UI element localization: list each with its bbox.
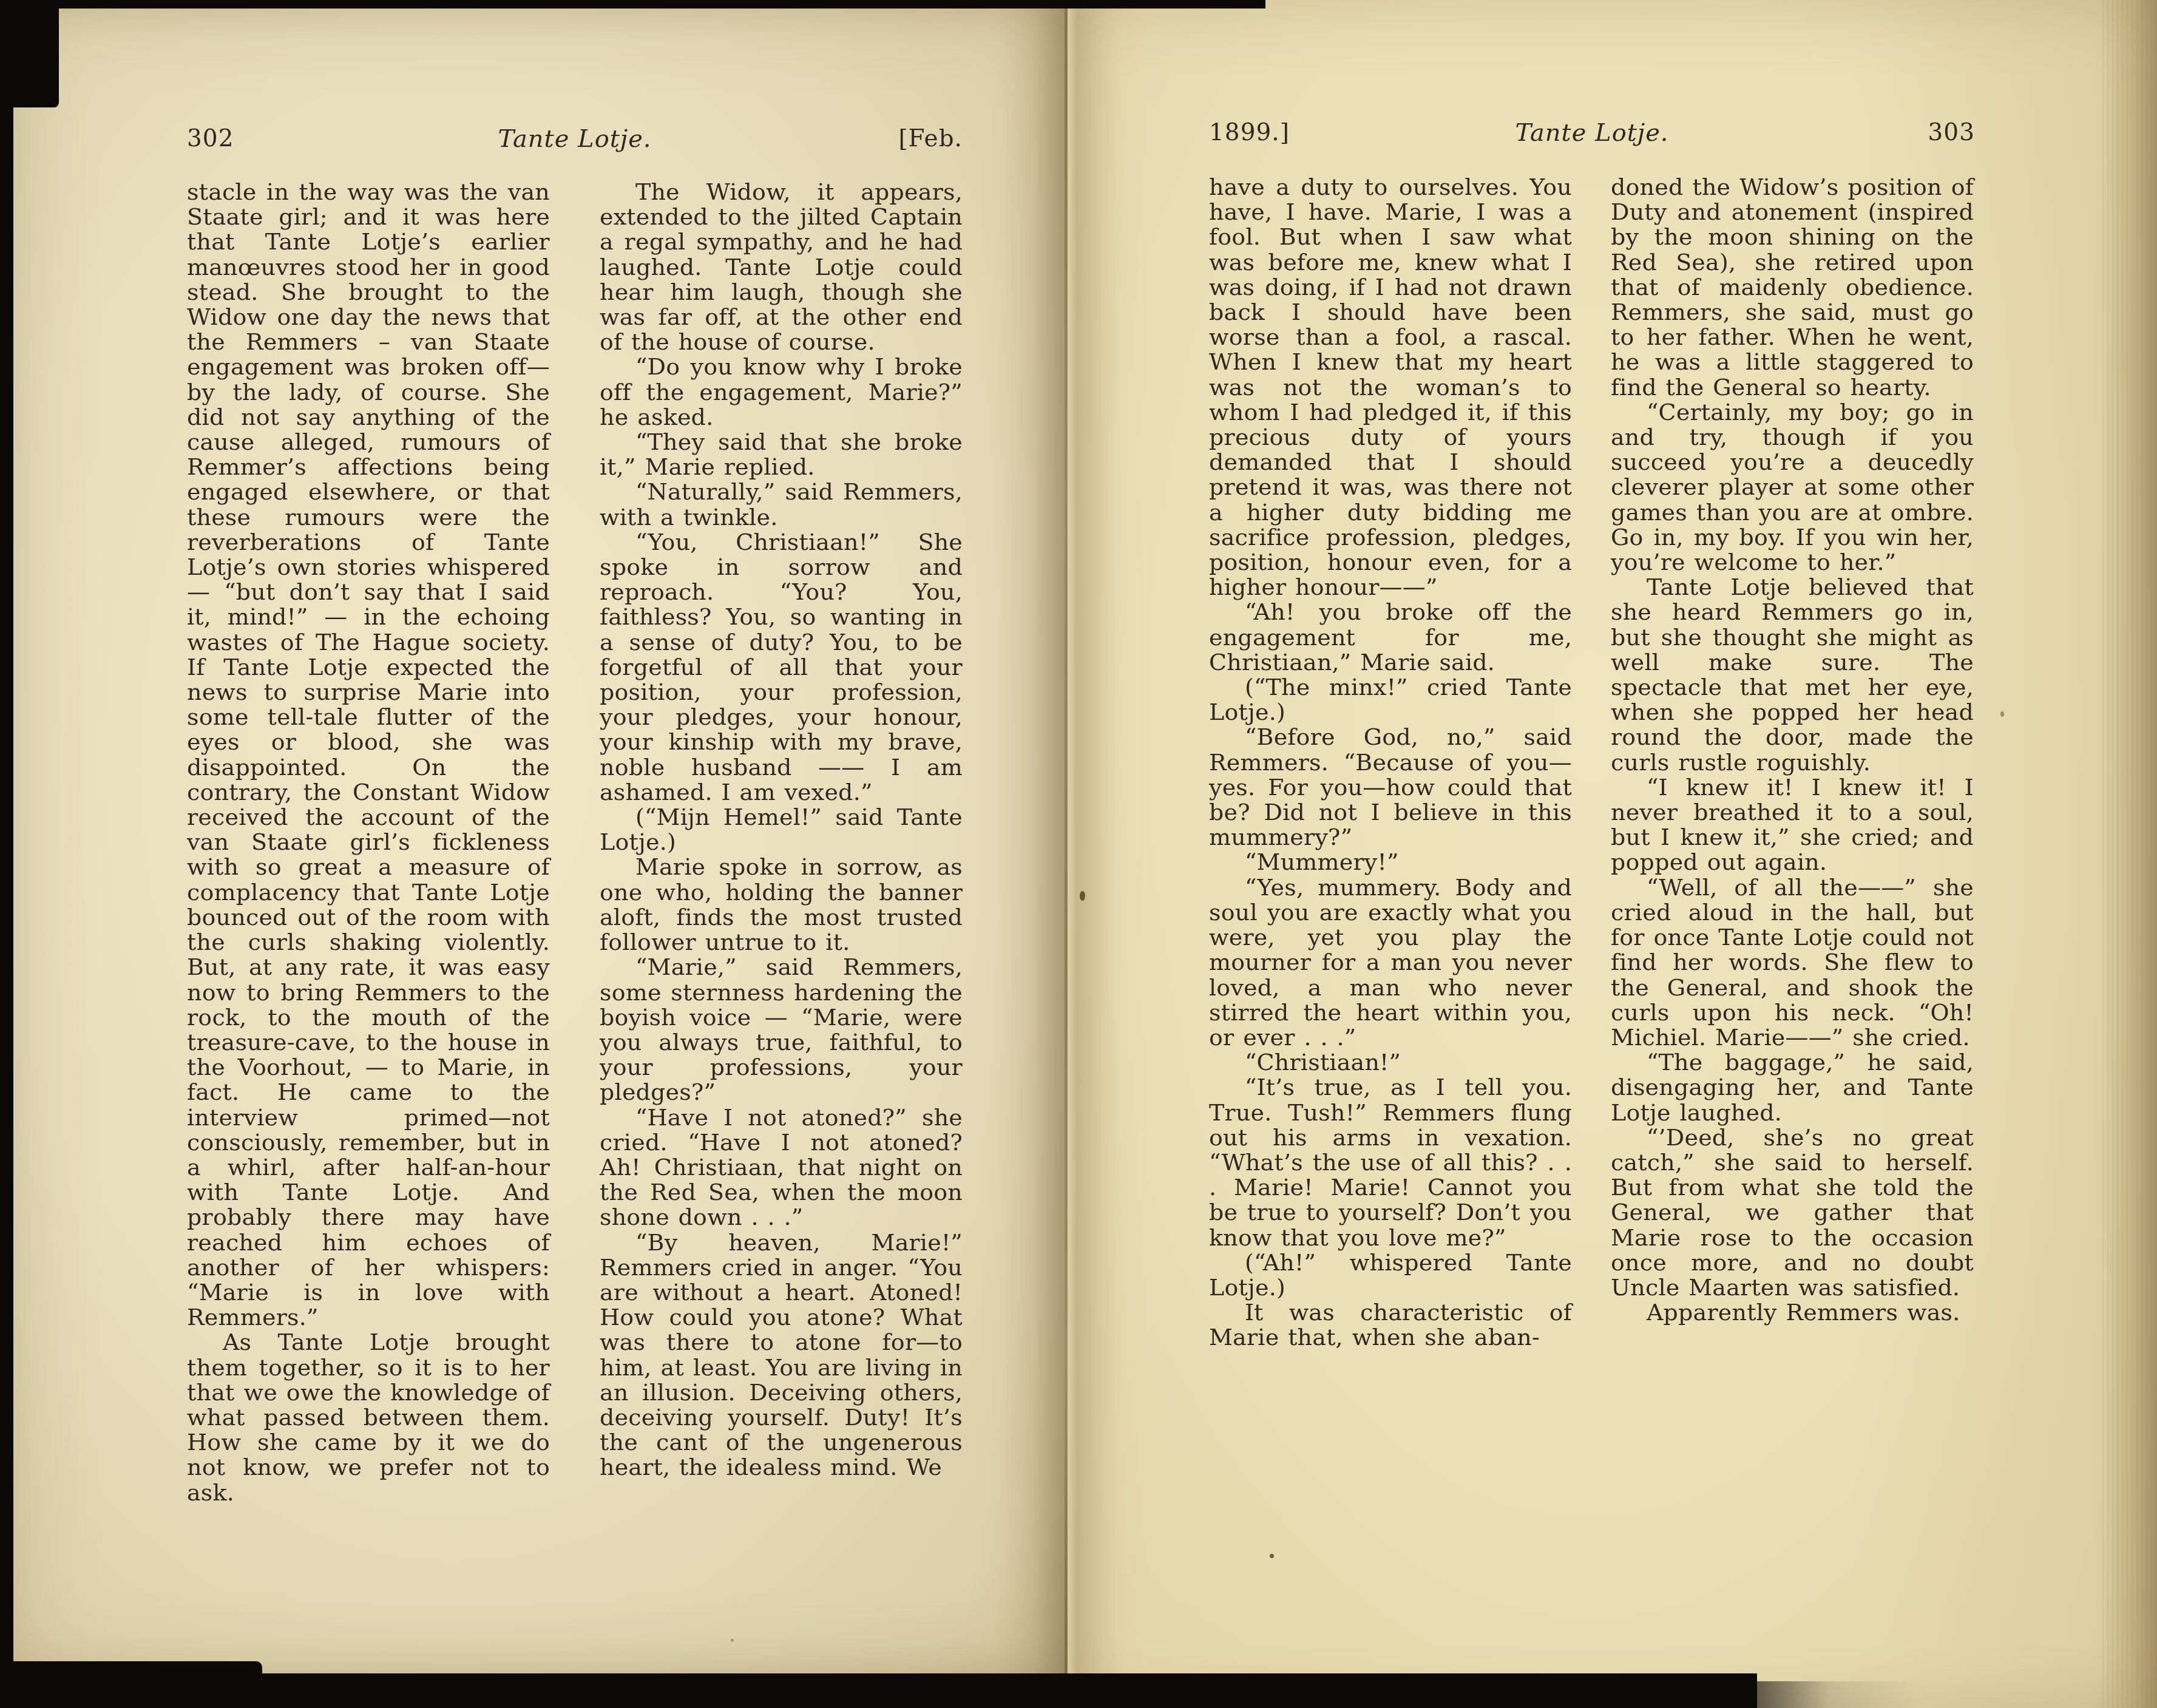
paragraph: “Mummery!” — [1209, 850, 1572, 875]
paragraph: stacle in the way was the van Staate gir… — [187, 180, 550, 1330]
dust-speck — [2000, 711, 2004, 717]
gutter-shadow-left — [995, 0, 1065, 1708]
paragraph: As Tante Lotje brought them together, so… — [187, 1330, 550, 1505]
right-page-column-2: doned the Widow’s position of Duty and a… — [1611, 175, 1974, 1325]
paragraph: The Widow, it appears, extended to the j… — [600, 180, 963, 354]
paragraph: have a duty to ourselves. You have, I ha… — [1209, 175, 1572, 600]
scan-border-bottom — [0, 1673, 1757, 1708]
scan-border-left — [0, 0, 13, 1708]
paragraph: “Have I not atoned?” she cried. “Have I … — [600, 1105, 963, 1230]
left-running-title: Tante Lotje. — [187, 125, 963, 153]
paragraph: “Well, of all the——” she cried aloud in … — [1611, 875, 1974, 1050]
paragraph: (“Ah!” whispered Tante Lotje.) — [1209, 1250, 1572, 1300]
left-page-column-1: stacle in the way was the van Staate gir… — [187, 180, 550, 1505]
scan-border-top — [0, 0, 1265, 8]
dust-speck — [731, 1639, 734, 1642]
paragraph: “It’s true, as I tell you. True. Tush!” … — [1209, 1075, 1572, 1250]
paragraph: “’Deed, she’s no great catch,” she said … — [1611, 1125, 1974, 1300]
paragraph: “Ah! you broke off the engagement for me… — [1209, 600, 1572, 675]
paragraph: “Do you know why I broke off the engagem… — [600, 354, 963, 430]
paragraph: “Marie,” said Remmers, some sternness ha… — [600, 955, 963, 1105]
paragraph: (“The minx!” cried Tante Lotje.) — [1209, 675, 1572, 725]
paragraph: “Naturally,” said Remmers, with a twinkl… — [600, 480, 963, 529]
paragraph: “Before God, no,” said Remmers. “Because… — [1209, 725, 1572, 850]
right-page-column-1: have a duty to ourselves. You have, I ha… — [1209, 175, 1572, 1350]
right-running-title: Tante Lotje. — [1209, 119, 1975, 147]
paragraph: Apparently Remmers was. — [1611, 1300, 1974, 1325]
left-page-header: 302 Tante Lotje. [Feb. — [187, 125, 963, 157]
paragraph: doned the Widow’s position of Duty and a… — [1611, 175, 1974, 400]
paragraph: Marie spoke in sorrow, as one who, holdi… — [600, 855, 963, 955]
paragraph: Tante Lotje believed that she heard Remm… — [1611, 575, 1974, 775]
dust-speck — [1270, 1554, 1274, 1558]
paragraph: (“Mijn Hemel!” said Tante Lotje.) — [600, 805, 963, 855]
right-page-header: 1899.] Tante Lotje. 303 — [1209, 119, 1975, 151]
paragraph: “Christiaan!” — [1209, 1050, 1572, 1075]
paragraph: It was characteristic of Marie that, whe… — [1209, 1300, 1572, 1350]
scan-border-corner-bottom — [0, 1661, 262, 1708]
paragraph: “Yes, mummery. Body and soul you are exa… — [1209, 875, 1572, 1050]
month-label: [Feb. — [898, 125, 963, 152]
dust-speck — [1080, 891, 1085, 901]
scan-border-corner-top — [0, 0, 59, 107]
left-page-column-2: The Widow, it appears, extended to the j… — [600, 180, 963, 1480]
paragraph: “I knew it! I knew it! I never breathed … — [1611, 775, 1974, 875]
paragraph: “You, Christiaan!” She spoke in sorrow a… — [600, 530, 963, 805]
gutter-shadow-right — [1068, 0, 1146, 1708]
fore-edge — [2102, 0, 2157, 1708]
paragraph: “Certainly, my boy; go in and try, thoug… — [1611, 400, 1974, 575]
paragraph: “They said that she broke it,” Marie rep… — [600, 430, 963, 480]
right-page-number: 303 — [1928, 119, 1975, 146]
paragraph: “The baggage,” he said, disengaging her,… — [1611, 1050, 1974, 1125]
scan-border-fade — [1757, 1681, 2157, 1708]
paragraph: “By heaven, Marie!” Remmers cried in ang… — [600, 1230, 963, 1480]
